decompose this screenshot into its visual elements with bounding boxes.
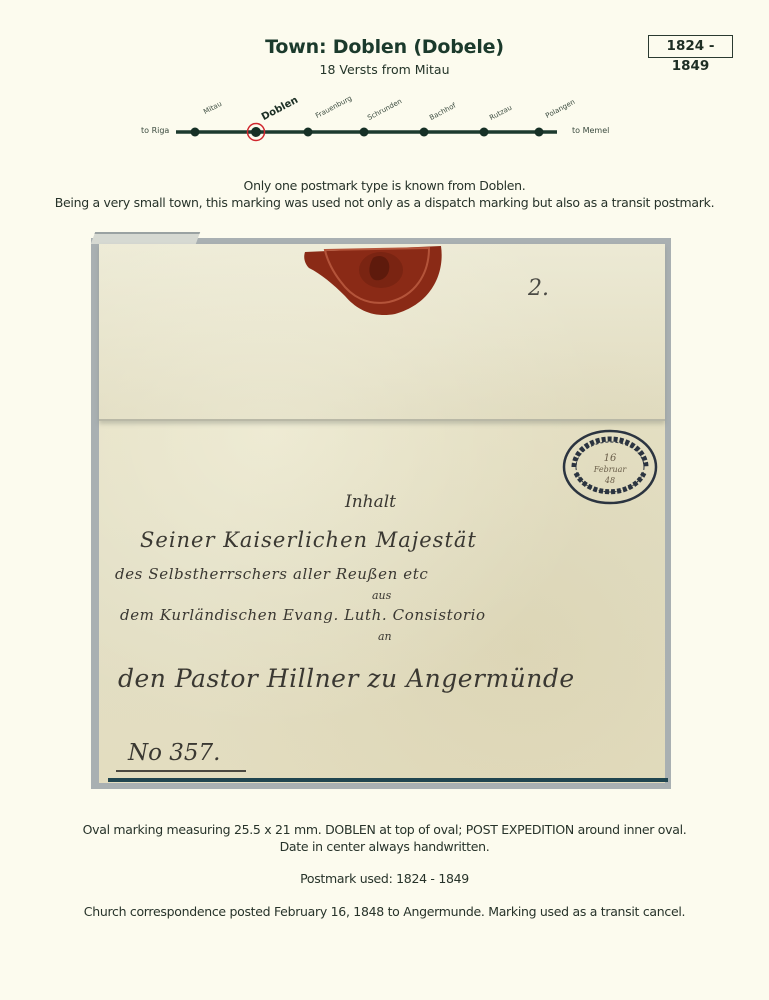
- page-subtitle: 18 Versts from Mitau: [0, 62, 769, 77]
- description-line-1: Oval marking measuring 25.5 x 21 mm. DOB…: [20, 821, 749, 838]
- cover-bottom-edge: [108, 778, 668, 782]
- handwriting-addressee: den Pastor Hillner zu Angermünde: [118, 664, 575, 693]
- cover-flap-tab: [91, 232, 200, 244]
- intro-line-2: Being a very small town, this marking wa…: [20, 194, 749, 211]
- number-underline: [116, 770, 246, 772]
- route-map: to Riga to Memel Mitau Doblen Frauenburg…: [0, 90, 769, 160]
- handwriting-line: des Selbstherrschers aller Reußen etc: [115, 565, 428, 583]
- route-line-icon: [0, 90, 769, 160]
- pencil-notation: 2.: [528, 276, 549, 301]
- exhibit-page: Town: Doblen (Dobele) 18 Versts from Mit…: [0, 0, 769, 1000]
- description-caption: Oval marking measuring 25.5 x 21 mm. DOB…: [20, 821, 749, 855]
- route-terminus-right: to Memel: [572, 126, 609, 135]
- oval-postmark-icon: 16 Februar 48: [560, 427, 660, 507]
- note-caption: Church correspondence posted February 16…: [20, 903, 749, 920]
- usage-caption: Postmark used: 1824 - 1849: [20, 870, 749, 887]
- intro-text: Only one postmark type is known from Dob…: [20, 177, 749, 211]
- intro-line-1: Only one postmark type is known from Dob…: [20, 177, 749, 194]
- handwriting-line: an: [378, 630, 392, 643]
- svg-text:16: 16: [604, 453, 617, 464]
- description-line-2: Date in center always handwritten.: [20, 838, 749, 855]
- svg-text:48: 48: [604, 476, 615, 485]
- handwriting-line: Seiner Kaiserlichen Majestät: [140, 528, 477, 552]
- svg-text:Februar: Februar: [593, 465, 628, 474]
- handwriting-line: Inhalt: [345, 492, 396, 512]
- wax-seal-icon: [303, 244, 445, 316]
- date-range-box: 1824 - 1849: [648, 35, 733, 58]
- route-terminus-left: to Riga: [141, 126, 169, 135]
- handwriting-number: No 357.: [128, 740, 221, 766]
- handwriting-line: dem Kurländischen Evang. Luth. Consistor…: [120, 606, 486, 624]
- handwriting-line: aus: [372, 589, 391, 602]
